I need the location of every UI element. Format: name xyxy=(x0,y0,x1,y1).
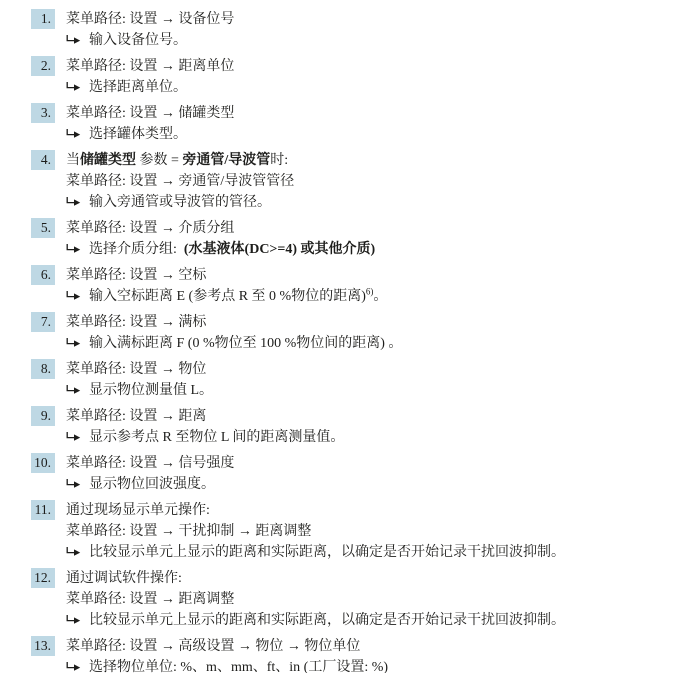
text-segment: 当 xyxy=(66,153,80,168)
result-line: 选择罐体类型。 xyxy=(66,124,665,145)
result-arrow-icon xyxy=(66,35,81,44)
list-item: 6.菜单路径: 设置 → 空标输入空标距离 E (参考点 R 至 0 %物位的距… xyxy=(31,265,665,307)
text-line: 菜单路径: 设置 → 信号强度 xyxy=(66,453,665,474)
list-item: 11.通过现场显示单元操作:菜单路径: 设置 → 干扰抑制 → 距离调整比较显示… xyxy=(31,500,665,563)
item-content: 菜单路径: 设置 → 距离显示参考点 R 至物位 L 间的距离测量值。 xyxy=(66,406,665,448)
text-segment: 菜单路径: 设置 → 介质分组 xyxy=(66,221,234,236)
item-number-cell: 5. xyxy=(31,218,66,238)
text-segment: 菜单路径: 设置 → 满标 xyxy=(66,315,206,330)
result-arrow-icon xyxy=(66,129,81,138)
item-number-badge: 7. xyxy=(31,312,55,332)
list-item: 8.菜单路径: 设置 → 物位显示物位测量值 L。 xyxy=(31,359,665,401)
text-segment: 旁通管/导波管 xyxy=(182,153,270,168)
result-line: 显示参考点 R 至物位 L 间的距离测量值。 xyxy=(66,427,665,448)
item-content: 菜单路径: 设置 → 设备位号输入设备位号。 xyxy=(66,9,665,51)
text-segment: 输入旁通管或导波管的管径。 xyxy=(89,195,271,210)
result-arrow-icon xyxy=(66,197,81,206)
text-line: 当储罐类型 参数 = 旁通管/导波管时: xyxy=(66,150,665,171)
item-number-badge: 3. xyxy=(31,103,55,123)
text-line: 通过现场显示单元操作: xyxy=(66,500,665,521)
result-line: 输入满标距离 F (0 %物位至 100 %物位间的距离) 。 xyxy=(66,333,665,354)
result-line: 输入设备位号。 xyxy=(66,30,665,51)
text-segment: 通过调试软件操作: xyxy=(66,571,182,586)
text-segment: 输入空标距离 E (参考点 R 至 0 %物位的距离) xyxy=(89,289,366,304)
text-line: 菜单路径: 设置 → 高级设置 → 物位 → 物位单位 xyxy=(66,636,665,657)
item-number-cell: 10. xyxy=(31,453,66,473)
text-segment: (水基液体(DC>=4) 或其他介质) xyxy=(184,242,375,257)
text-line: 菜单路径: 设置 → 干扰抑制 → 距离调整 xyxy=(66,521,665,542)
result-line: 比较显示单元上显示的距离和实际距离，以确定是否开始记录干扰回波抑制。 xyxy=(66,542,665,563)
item-content: 菜单路径: 设置 → 储罐类型选择罐体类型。 xyxy=(66,103,665,145)
text-segment: 菜单路径: 设置 → 物位 xyxy=(66,362,206,377)
text-segment: 比较显示单元上显示的距离和实际距离，以确定是否开始记录干扰回波抑制。 xyxy=(89,545,565,560)
text-line: 菜单路径: 设置 → 物位 xyxy=(66,359,665,380)
list-item: 2.菜单路径: 设置 → 距离单位选择距离单位。 xyxy=(31,56,665,98)
text-segment: 菜单路径: 设置 → 干扰抑制 → 距离调整 xyxy=(66,524,311,539)
text-line: 菜单路径: 设置 → 设备位号 xyxy=(66,9,665,30)
result-line: 选择介质分组: (水基液体(DC>=4) 或其他介质) xyxy=(66,239,665,260)
item-content: 通过现场显示单元操作:菜单路径: 设置 → 干扰抑制 → 距离调整比较显示单元上… xyxy=(66,500,665,563)
list-item: 13.菜单路径: 设置 → 高级设置 → 物位 → 物位单位选择物位单位: %、… xyxy=(31,636,665,673)
result-line: 显示物位回波强度。 xyxy=(66,474,665,495)
item-number-cell: 12. xyxy=(31,568,66,588)
item-number-badge: 4. xyxy=(31,150,55,170)
result-arrow-icon xyxy=(66,615,81,624)
result-line: 选择距离单位。 xyxy=(66,77,665,98)
item-number-cell: 3. xyxy=(31,103,66,123)
item-number-badge: 1. xyxy=(31,9,55,29)
text-segment: 选择介质分组: xyxy=(89,242,184,257)
list-item: 9.菜单路径: 设置 → 距离显示参考点 R 至物位 L 间的距离测量值。 xyxy=(31,406,665,448)
item-number-badge: 13. xyxy=(31,636,55,656)
text-line: 菜单路径: 设置 → 距离单位 xyxy=(66,56,665,77)
text-line: 菜单路径: 设置 → 空标 xyxy=(66,265,665,286)
item-number-cell: 13. xyxy=(31,636,66,656)
result-arrow-icon xyxy=(66,338,81,347)
item-number-badge: 5. xyxy=(31,218,55,238)
item-content: 菜单路径: 设置 → 物位显示物位测量值 L。 xyxy=(66,359,665,401)
list-item: 3.菜单路径: 设置 → 储罐类型选择罐体类型。 xyxy=(31,103,665,145)
text-segment: 输入满标距离 F (0 %物位至 100 %物位间的距离) 。 xyxy=(89,336,402,351)
text-segment: 菜单路径: 设置 → 距离 xyxy=(66,409,206,424)
item-content: 菜单路径: 设置 → 介质分组选择介质分组: (水基液体(DC>=4) 或其他介… xyxy=(66,218,665,260)
text-line: 菜单路径: 设置 → 储罐类型 xyxy=(66,103,665,124)
text-segment: 菜单路径: 设置 → 储罐类型 xyxy=(66,106,234,121)
text-line: 菜单路径: 设置 → 距离 xyxy=(66,406,665,427)
result-line: 选择物位单位: %、m、mm、ft、in (工厂设置: %) xyxy=(66,657,665,673)
item-number-badge: 6. xyxy=(31,265,55,285)
item-number-cell: 6. xyxy=(31,265,66,285)
list-item: 4.当储罐类型 参数 = 旁通管/导波管时:菜单路径: 设置 → 旁通管/导波管… xyxy=(31,150,665,213)
result-line: 输入旁通管或导波管的管径。 xyxy=(66,192,665,213)
item-content: 菜单路径: 设置 → 信号强度显示物位回波强度。 xyxy=(66,453,665,495)
result-arrow-icon xyxy=(66,385,81,394)
item-content: 通过调试软件操作:菜单路径: 设置 → 距离调整比较显示单元上显示的距离和实际距… xyxy=(66,568,665,631)
text-segment: 选择罐体类型。 xyxy=(89,127,187,142)
text-segment: 菜单路径: 设置 → 空标 xyxy=(66,268,206,283)
item-number-cell: 4. xyxy=(31,150,66,170)
text-line: 菜单路径: 设置 → 旁通管/导波管管径 xyxy=(66,171,665,192)
item-number-cell: 2. xyxy=(31,56,66,76)
document-page: 1.菜单路径: 设置 → 设备位号输入设备位号。2.菜单路径: 设置 → 距离单… xyxy=(0,0,683,673)
list-item: 12.通过调试软件操作:菜单路径: 设置 → 距离调整比较显示单元上显示的距离和… xyxy=(31,568,665,631)
item-number-badge: 11. xyxy=(31,500,55,520)
result-line: 比较显示单元上显示的距离和实际距离，以确定是否开始记录干扰回波抑制。 xyxy=(66,610,665,631)
item-number-cell: 9. xyxy=(31,406,66,426)
item-number-badge: 12. xyxy=(31,568,55,588)
list-item: 7.菜单路径: 设置 → 满标输入满标距离 F (0 %物位至 100 %物位间… xyxy=(31,312,665,354)
result-arrow-icon xyxy=(66,547,81,556)
item-content: 菜单路径: 设置 → 高级设置 → 物位 → 物位单位选择物位单位: %、m、m… xyxy=(66,636,665,673)
result-line: 输入空标距离 E (参考点 R 至 0 %物位的距离)6)。 xyxy=(66,286,665,307)
text-segment: 菜单路径: 设置 → 旁通管/导波管管径 xyxy=(66,174,294,189)
item-content: 菜单路径: 设置 → 距离单位选择距离单位。 xyxy=(66,56,665,98)
item-number-cell: 1. xyxy=(31,9,66,29)
text-segment: 选择物位单位: %、m、mm、ft、in (工厂设置: %) xyxy=(89,660,388,673)
text-segment: 。 xyxy=(373,289,387,304)
item-number-cell: 8. xyxy=(31,359,66,379)
item-content: 菜单路径: 设置 → 满标输入满标距离 F (0 %物位至 100 %物位间的距… xyxy=(66,312,665,354)
result-line: 显示物位测量值 L。 xyxy=(66,380,665,401)
item-number-cell: 7. xyxy=(31,312,66,332)
text-segment: 显示物位回波强度。 xyxy=(89,477,215,492)
text-segment: 菜单路径: 设置 → 距离调整 xyxy=(66,592,234,607)
result-arrow-icon xyxy=(66,432,81,441)
result-arrow-icon xyxy=(66,291,81,300)
text-line: 菜单路径: 设置 → 满标 xyxy=(66,312,665,333)
result-arrow-icon xyxy=(66,244,81,253)
list-item: 10.菜单路径: 设置 → 信号强度显示物位回波强度。 xyxy=(31,453,665,495)
text-segment: 菜单路径: 设置 → 高级设置 → 物位 → 物位单位 xyxy=(66,639,360,654)
text-segment: 菜单路径: 设置 → 设备位号 xyxy=(66,12,234,27)
text-segment: 菜单路径: 设置 → 距离单位 xyxy=(66,59,234,74)
text-segment: 时: xyxy=(270,153,288,168)
item-number-badge: 8. xyxy=(31,359,55,379)
result-arrow-icon xyxy=(66,82,81,91)
item-content: 菜单路径: 设置 → 空标输入空标距离 E (参考点 R 至 0 %物位的距离)… xyxy=(66,265,665,307)
item-number-badge: 2. xyxy=(31,56,55,76)
result-arrow-icon xyxy=(66,479,81,488)
item-number-cell: 11. xyxy=(31,500,66,520)
item-number-badge: 9. xyxy=(31,406,55,426)
text-line: 通过调试软件操作: xyxy=(66,568,665,589)
text-segment: 菜单路径: 设置 → 信号强度 xyxy=(66,456,234,471)
list-item: 5.菜单路径: 设置 → 介质分组选择介质分组: (水基液体(DC>=4) 或其… xyxy=(31,218,665,260)
text-segment: 选择距离单位。 xyxy=(89,80,187,95)
instruction-list: 1.菜单路径: 设置 → 设备位号输入设备位号。2.菜单路径: 设置 → 距离单… xyxy=(31,9,665,673)
item-number-badge: 10. xyxy=(31,453,55,473)
item-content: 当储罐类型 参数 = 旁通管/导波管时:菜单路径: 设置 → 旁通管/导波管管径… xyxy=(66,150,665,213)
text-segment: 通过现场显示单元操作: xyxy=(66,503,210,518)
text-segment: 显示参考点 R 至物位 L 间的距离测量值。 xyxy=(89,430,344,445)
text-segment: 输入设备位号。 xyxy=(89,33,187,48)
text-segment: 显示物位测量值 L。 xyxy=(89,383,213,398)
text-line: 菜单路径: 设置 → 距离调整 xyxy=(66,589,665,610)
text-segment: 比较显示单元上显示的距离和实际距离，以确定是否开始记录干扰回波抑制。 xyxy=(89,613,565,628)
result-arrow-icon xyxy=(66,662,81,671)
list-item: 1.菜单路径: 设置 → 设备位号输入设备位号。 xyxy=(31,9,665,51)
text-segment: 参数 = xyxy=(136,153,182,168)
text-line: 菜单路径: 设置 → 介质分组 xyxy=(66,218,665,239)
text-segment: 储罐类型 xyxy=(80,153,136,168)
